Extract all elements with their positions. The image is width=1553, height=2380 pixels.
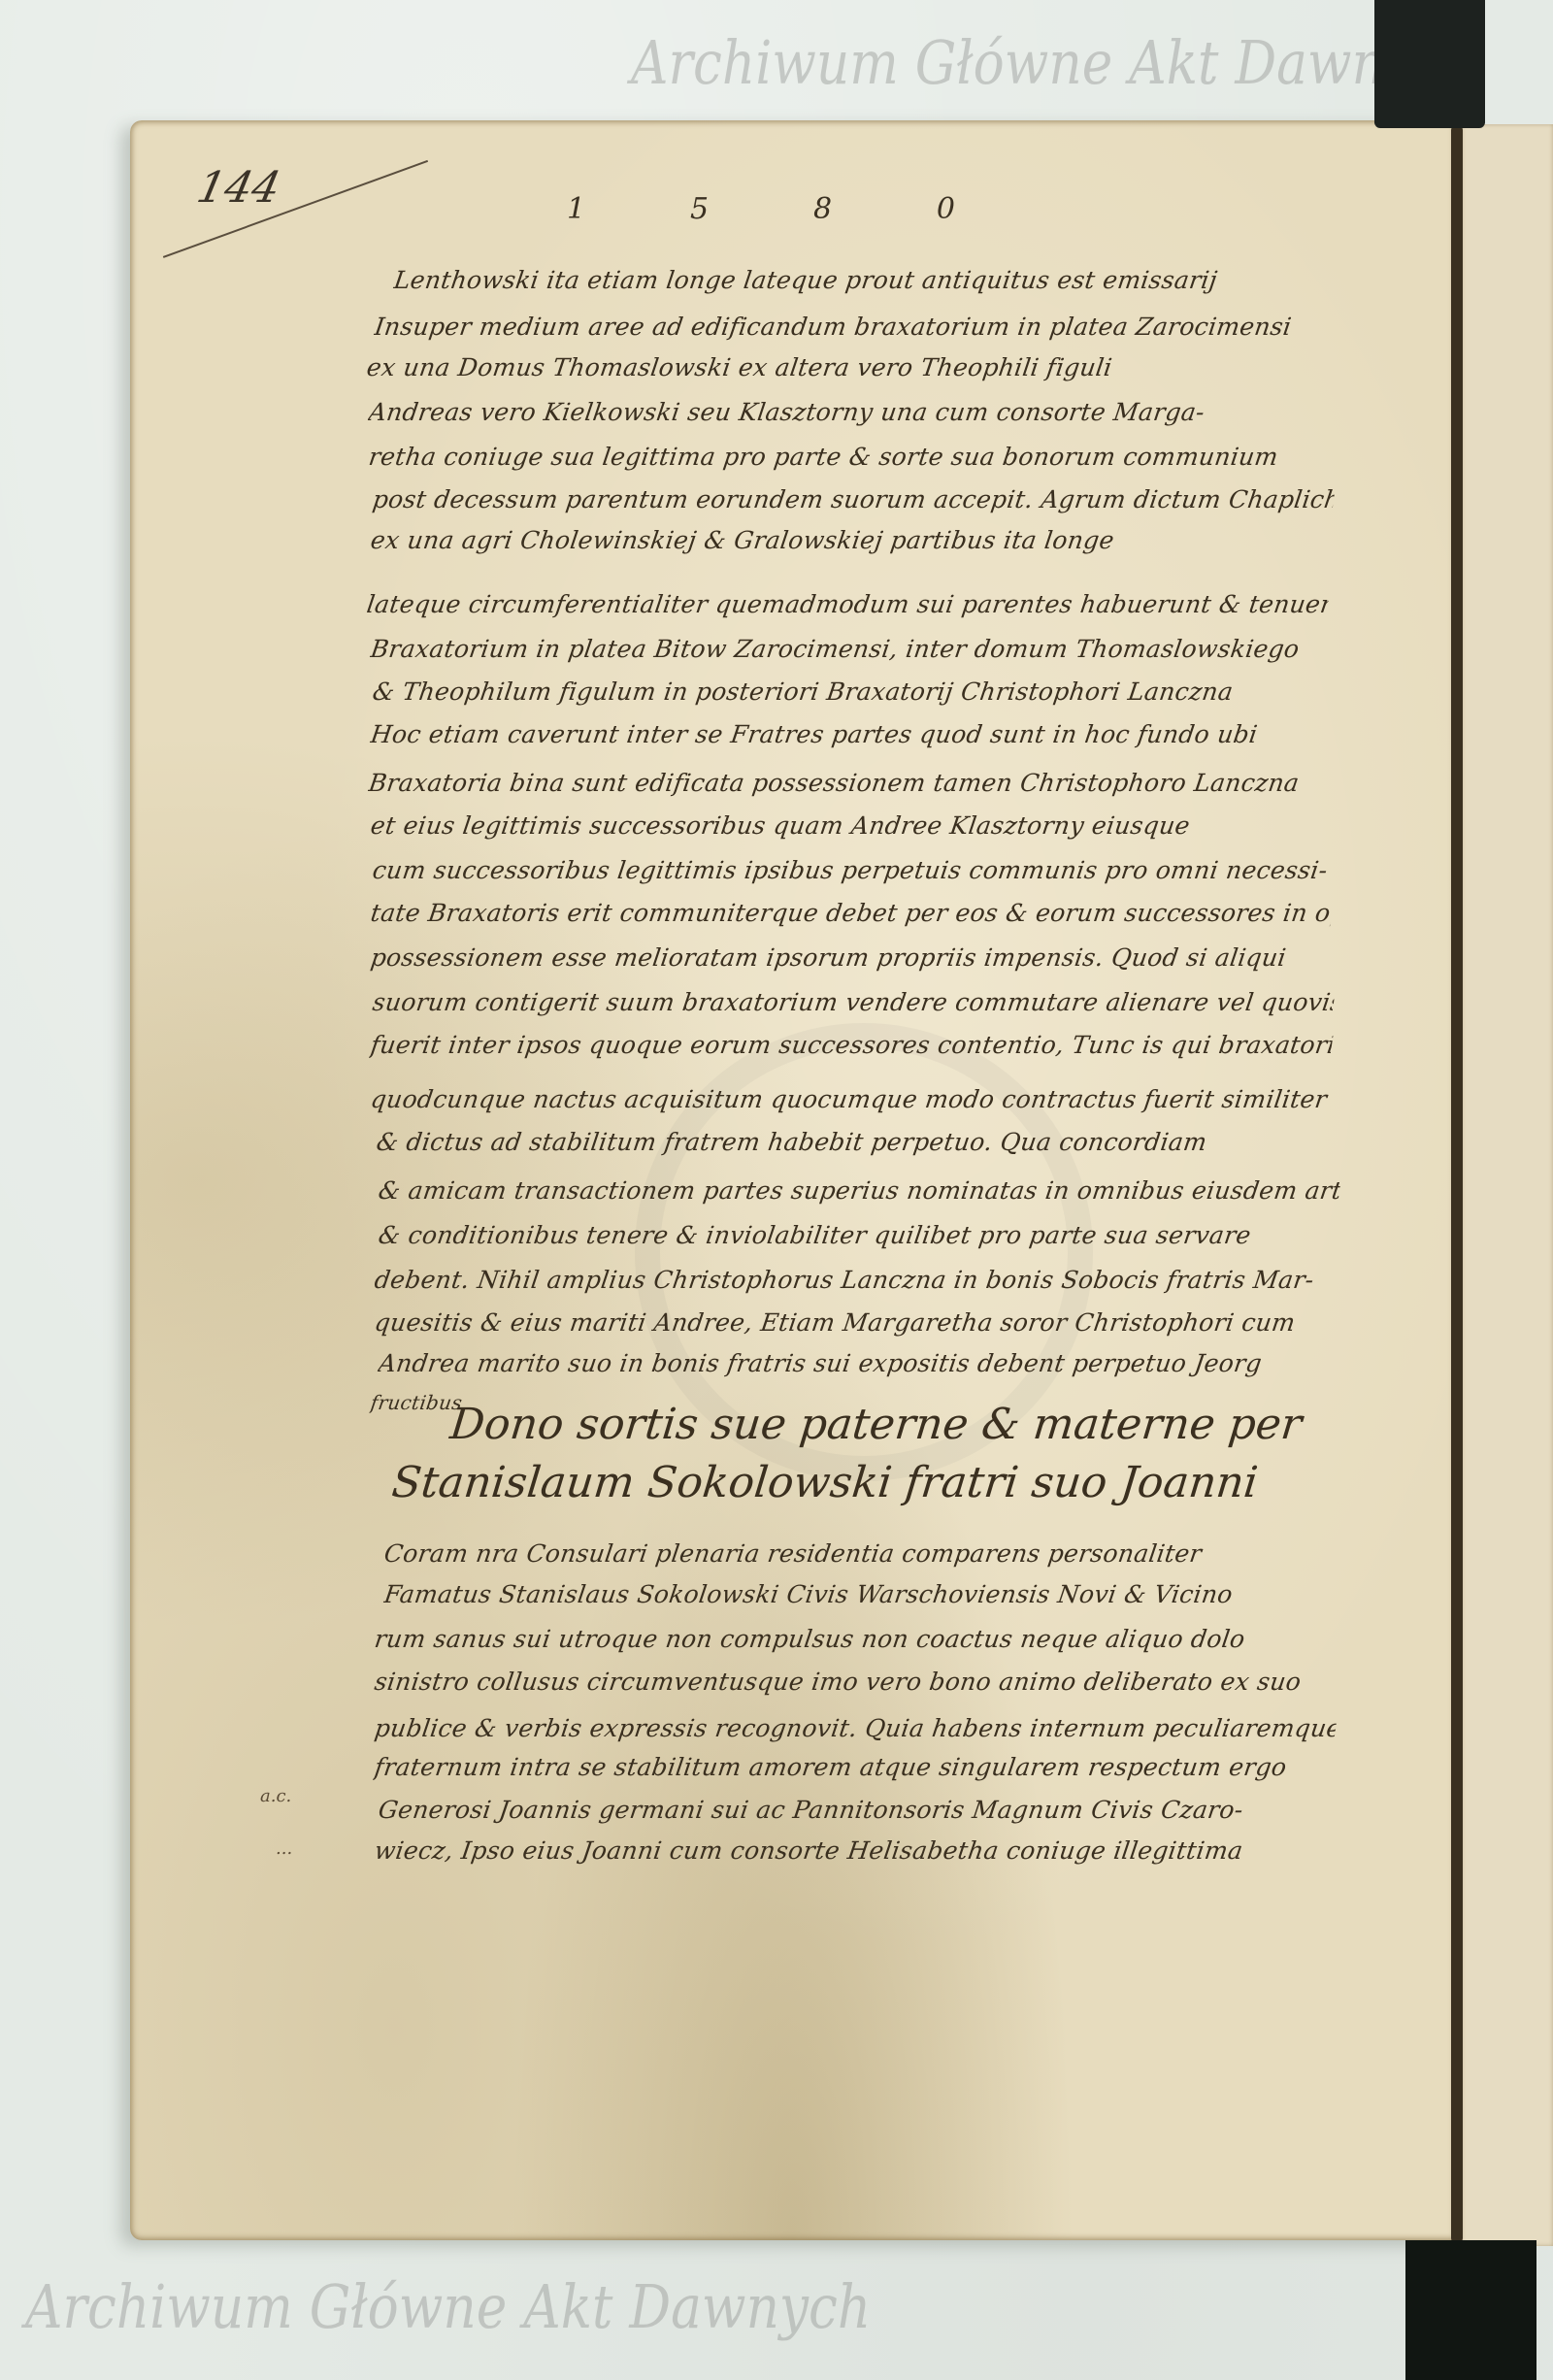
text-line: debent. Nihil amplius Christophorus Lanc… xyxy=(373,1266,1338,1295)
year-digit: 5 xyxy=(690,192,709,226)
text-line: Generosi Joannis germani sui ac Panniton… xyxy=(377,1796,1341,1825)
entry-heading-line: Stanislaum Sokolowski fratri suo Joanni xyxy=(389,1458,1260,1508)
binding-spine xyxy=(1451,126,1463,2242)
text-line: sinistro collusus circumventusque imo ve… xyxy=(373,1668,1338,1697)
text-line: Coram nra Consulari plenaria residentia … xyxy=(382,1539,1347,1569)
text-line: cum successoribus legittimis ipsibus per… xyxy=(371,856,1336,885)
text-line: lateque circumferentialiter quemadmodum … xyxy=(365,590,1330,619)
text-line: quesitis & eius mariti Andree, Etiam Mar… xyxy=(373,1308,1338,1338)
watermark-bottom: Archiwum Główne Akt Dawnych xyxy=(25,2271,871,2342)
text-line: tate Braxatoris erit communiterque debet… xyxy=(369,899,1334,928)
year-heading: 1 5 8 0 xyxy=(567,192,955,226)
folio-number: 144 xyxy=(193,163,285,213)
text-line: post decessum parentum eorundem suorum a… xyxy=(371,485,1336,514)
text-line: fraternum intra se stabilitum amorem atq… xyxy=(373,1753,1338,1782)
binding-strip-top xyxy=(1374,0,1485,128)
text-line: Andrea marito suo in bonis fratris sui e… xyxy=(377,1349,1341,1378)
year-digit: 8 xyxy=(813,192,832,226)
text-line: rum sanus sui utroque non compulsus non … xyxy=(373,1625,1338,1654)
text-line: Lenthowski ita etiam longe lateque prout… xyxy=(392,266,1357,295)
text-line: suorum contigerit suum braxatorium vende… xyxy=(371,988,1336,1017)
year-digit: 1 xyxy=(567,192,585,226)
text-line: ex una Domus Thomaslowski ex altera vero… xyxy=(365,353,1330,382)
text-line: ex una agri Cholewinskiej & Gralowskiej … xyxy=(369,526,1334,555)
binding-strip-bottom xyxy=(1405,2240,1536,2380)
margin-mark: ... xyxy=(276,1838,292,1859)
folio-pen-stroke xyxy=(163,160,428,258)
text-line: & conditionibus tenere & inviolabiliter … xyxy=(377,1221,1341,1250)
text-line: Andreas vero Kielkowski seu Klasztorny u… xyxy=(367,398,1332,427)
text-line: wiecz, Ipso eius Joanni cum consorte Hel… xyxy=(373,1836,1338,1866)
entry-heading-line: Dono sortis sue paterne & materne per xyxy=(447,1400,1304,1450)
text-line: fructibus xyxy=(369,1388,1334,1417)
text-line: retha coniuge sua legittima pro parte & … xyxy=(367,443,1332,472)
margin-mark: a.c. xyxy=(260,1786,291,1806)
text-line: & Theophilum figulum in posteriori Braxa… xyxy=(371,678,1336,707)
text-line: Insuper medium aree ad edificandum braxa… xyxy=(373,313,1338,342)
seal-bleedthrough xyxy=(635,1023,1093,1481)
text-line: Braxatorium in platea Bitow Zarocimensi,… xyxy=(369,635,1334,664)
text-line: fuerit inter ipsos quoque eorum successo… xyxy=(369,1031,1334,1060)
facing-page-edge xyxy=(1462,124,1553,2246)
text-line: Hoc etiam caverunt inter se Fratres part… xyxy=(369,720,1334,749)
text-line: & dictus ad stabilitum fratrem habebit p… xyxy=(375,1128,1339,1157)
text-line: quodcunque nactus acquisitum quocumque m… xyxy=(369,1085,1334,1114)
text-line: publice & verbis expressis recognovit. Q… xyxy=(373,1714,1338,1743)
text-line: Famatus Stanislaus Sokolowski Civis Wars… xyxy=(382,1580,1347,1609)
text-line: Braxatoria bina sunt edificata possessio… xyxy=(367,769,1332,798)
watermark-top: Archiwum Główne Akt Dawnych xyxy=(631,27,1476,98)
year-digit: 0 xyxy=(937,192,955,226)
text-line: et eius legittimis successoribus quam An… xyxy=(369,811,1334,841)
manuscript-page: 144 1 5 8 0 Lenthowski ita etiam longe l… xyxy=(130,120,1456,2240)
text-line: possessionem esse melioratam ipsorum pro… xyxy=(369,943,1334,973)
text-line: & amicam transactionem partes superius n… xyxy=(377,1176,1341,1206)
